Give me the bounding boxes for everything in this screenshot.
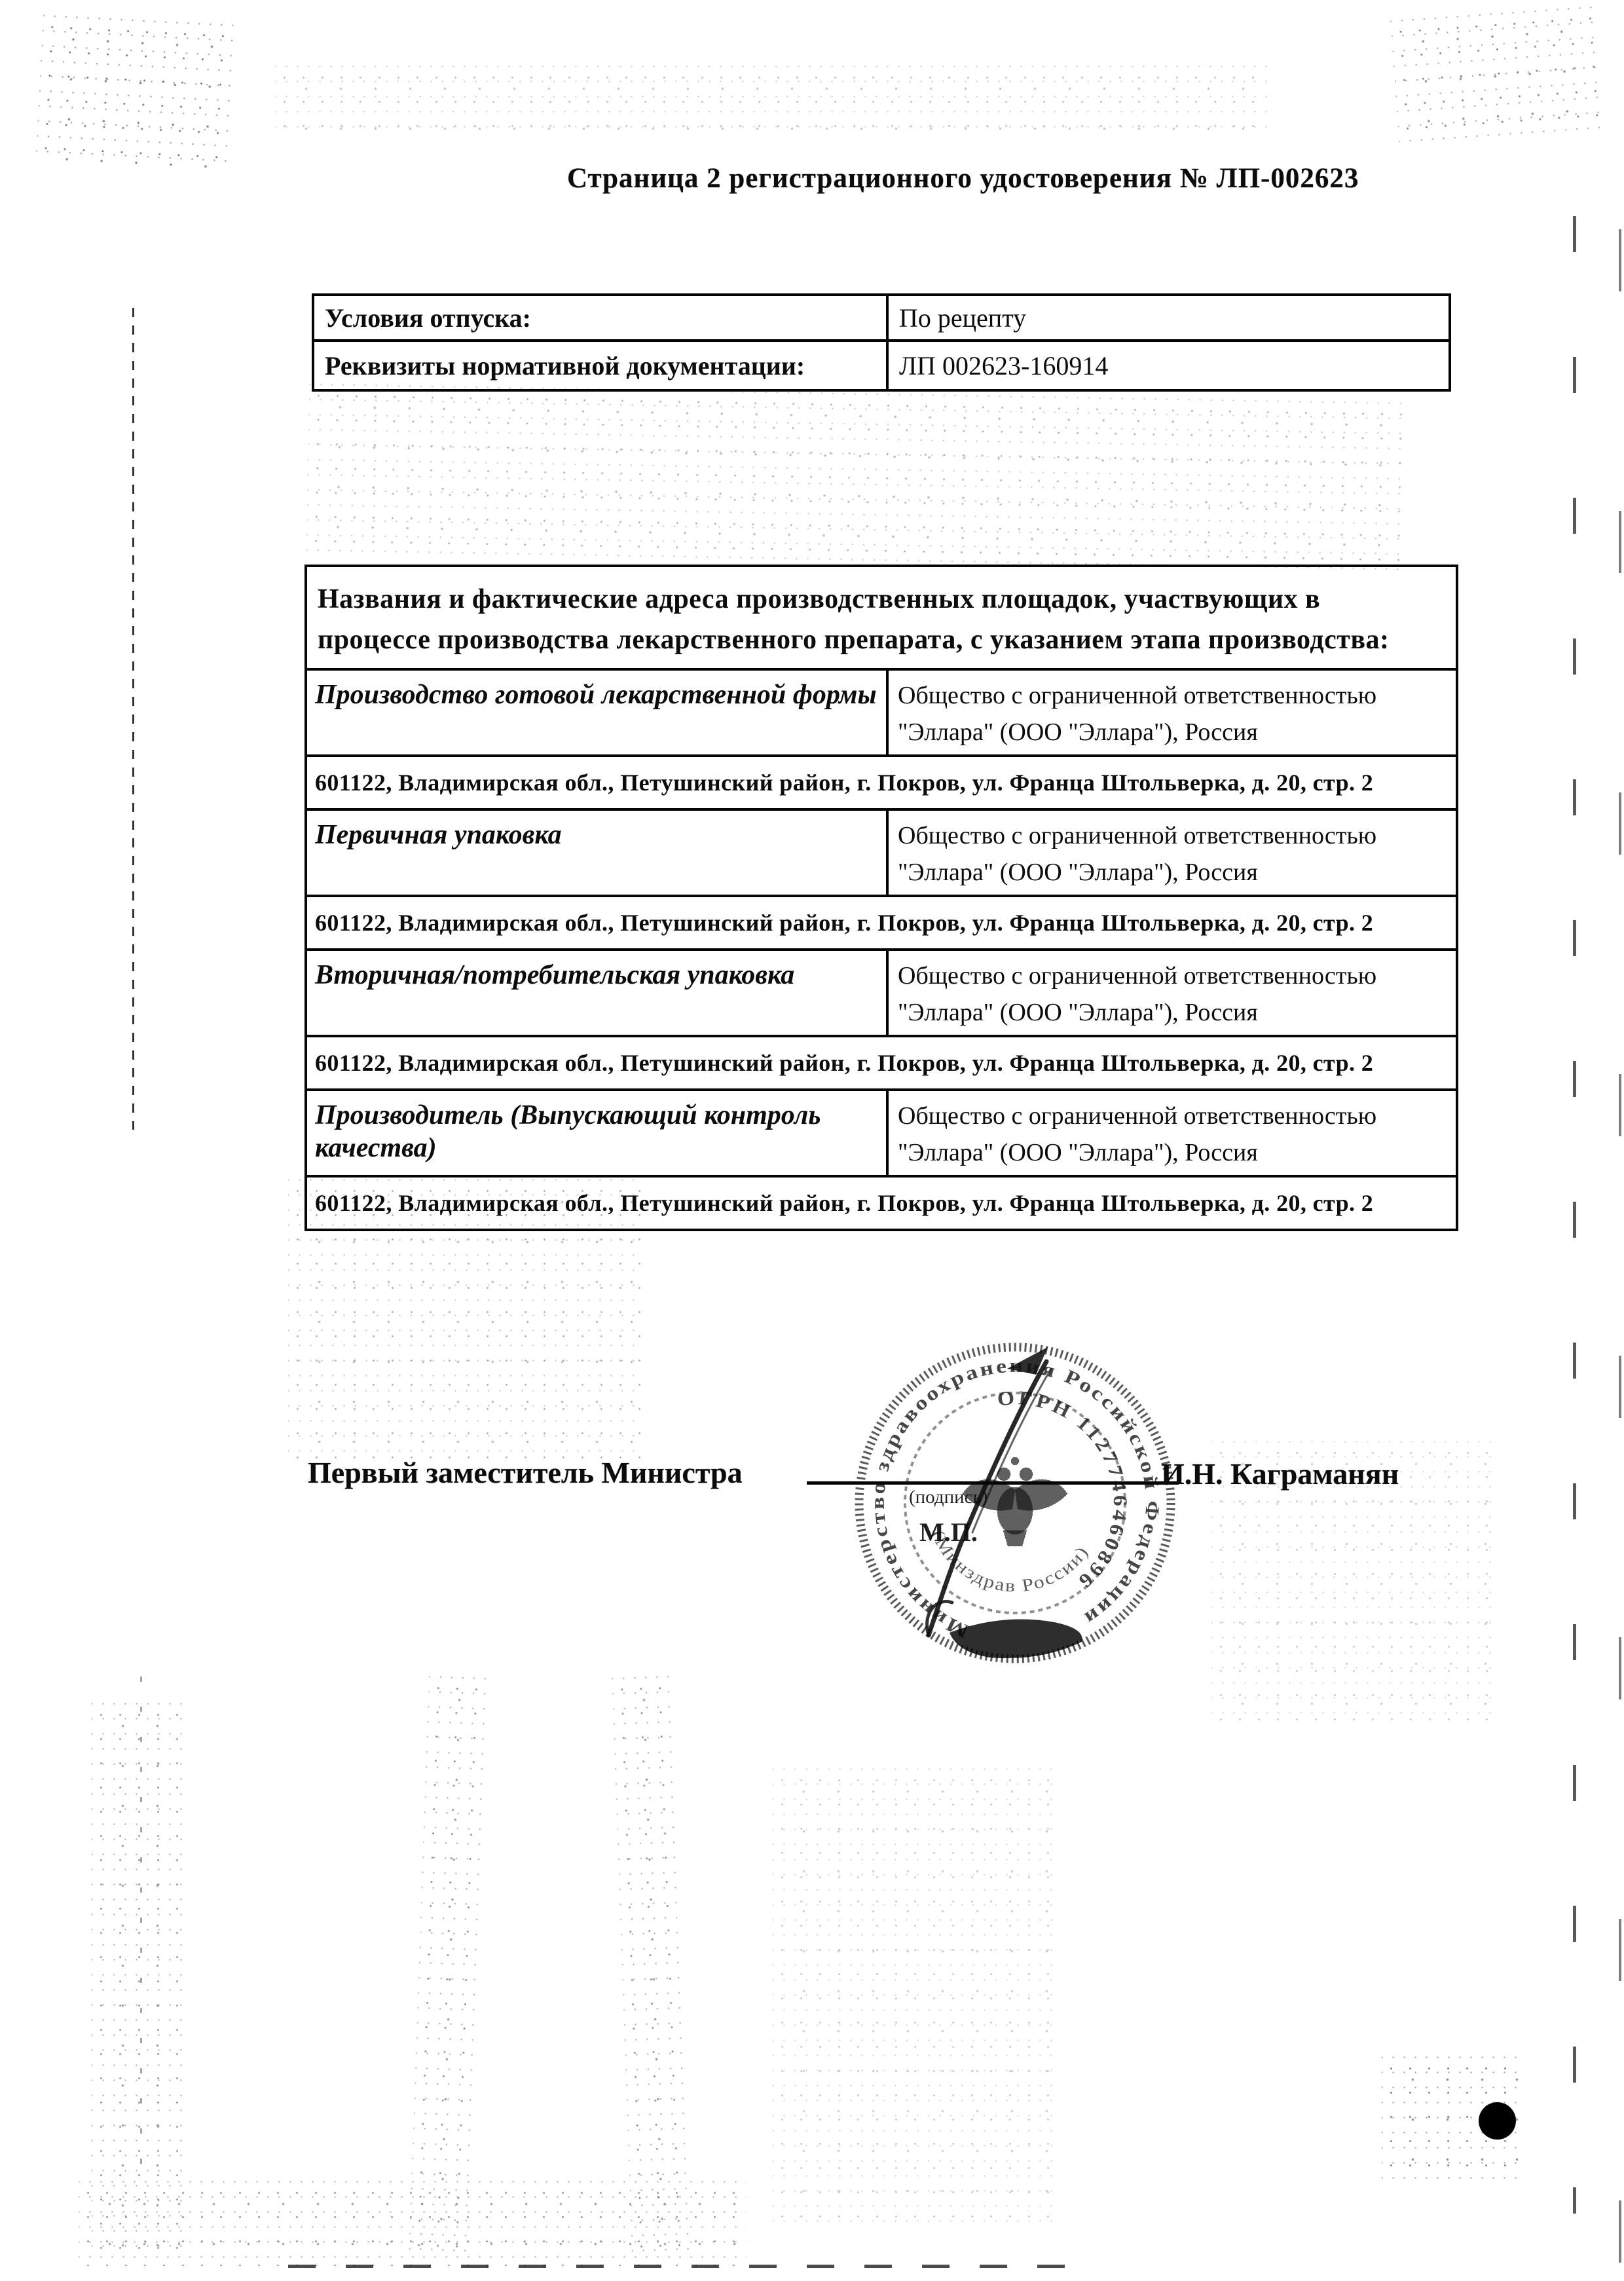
table-row: Вторичная/потребительская упаковка Общес…	[306, 950, 1457, 1036]
company-line: "Эллара" (ООО "Эллара"), Россия	[898, 714, 1450, 751]
podpis-label: (подпись)	[909, 1487, 987, 1508]
production-sites-table: Названия и фактические адреса производст…	[304, 565, 1458, 1231]
scan-noise	[306, 383, 1409, 576]
scanned-document: { "page": { "header": "Страница 2 регист…	[0, 0, 1624, 2281]
company-line: Общество с ограниченной ответственностью	[898, 677, 1450, 714]
company-line: "Эллара" (ООО "Эллара"), Россия	[898, 994, 1450, 1031]
table-header-row: Названия и фактические адреса производст…	[306, 566, 1457, 669]
address-cell: 601122, Владимирская обл., Петушинский р…	[306, 1176, 1457, 1230]
stage-cell: Производство готовой лекарственной формы	[306, 669, 887, 756]
company-line: Общество с ограниченной ответственностью	[898, 957, 1450, 994]
scan-scratch-line	[1619, 229, 1621, 2266]
table-row: Первичная упаковка Общество с ограниченн…	[306, 809, 1457, 896]
address-cell: 601122, Владимирская обл., Петушинский р…	[306, 1036, 1457, 1090]
company-line: Общество с ограниченной ответственностью	[898, 817, 1450, 854]
stage-cell: Вторичная/потребительская упаковка	[306, 950, 887, 1036]
production-table-header: Названия и фактические адреса производст…	[306, 566, 1457, 669]
table-row: 601122, Владимирская обл., Петушинский р…	[306, 756, 1457, 809]
table-row: Производство готовой лекарственной формы…	[306, 669, 1457, 756]
scan-scratch-line	[140, 1677, 142, 2174]
scan-noise	[409, 1676, 489, 2254]
scan-noise	[1390, 6, 1602, 151]
dispensing-table: Условия отпуска: По рецепту Реквизиты но…	[312, 293, 1451, 392]
scan-scratch-line	[288, 2265, 1067, 2268]
signatory-name: И.Н. Каграманян	[1161, 1456, 1399, 1491]
scan-noise	[79, 2181, 747, 2266]
page-title: Страница 2 регистрационного удостоверени…	[567, 162, 1359, 195]
scan-scratch-line	[132, 308, 134, 1130]
signatory-title: Первый заместитель Министра	[308, 1455, 743, 1490]
table-row: 601122, Владимирская обл., Петушинский р…	[306, 896, 1457, 950]
seal-place-label: М.П.	[919, 1517, 978, 1548]
stage-cell: Первичная упаковка	[306, 809, 887, 896]
company-line: Общество с ограниченной ответственностью	[898, 1098, 1450, 1134]
company-cell: Общество с ограниченной ответственностью…	[887, 809, 1457, 896]
table-row: 601122, Владимирская обл., Петушинский р…	[306, 1036, 1457, 1090]
header-line: Названия и фактические адреса производст…	[318, 579, 1448, 620]
dispensing-conditions-label: Условия отпуска:	[313, 295, 887, 341]
stage-cell: Производитель (Выпускающий контроль каче…	[306, 1090, 887, 1176]
normative-docs-label: Реквизиты нормативной документации:	[313, 341, 887, 390]
signature-line	[807, 1481, 1179, 1485]
scan-noise	[275, 65, 1270, 138]
scan-scratch-line	[1573, 216, 1576, 2214]
address-cell: 601122, Владимирская обл., Петушинский р…	[306, 756, 1457, 809]
scan-noise	[35, 14, 240, 175]
table-row: Производитель (Выпускающий контроль каче…	[306, 1090, 1457, 1176]
scan-noise	[92, 1703, 190, 2253]
company-line: "Эллара" (ООО "Эллара"), Россия	[898, 854, 1450, 891]
table-row: Условия отпуска: По рецепту	[313, 295, 1450, 341]
dispensing-conditions-value: По рецепту	[887, 295, 1450, 341]
table-row: 601122, Владимирская обл., Петушинский р…	[306, 1176, 1457, 1230]
ministry-stamp: Министерство здравоохранения Российской …	[851, 1339, 1179, 1667]
ink-dot-mark	[1479, 2102, 1516, 2140]
address-cell: 601122, Владимирская обл., Петушинский р…	[306, 896, 1457, 950]
normative-docs-value: ЛП 002623-160914	[887, 341, 1450, 390]
header-line: процессе производства лекарственного пре…	[318, 620, 1448, 660]
company-line: "Эллара" (ООО "Эллара"), Россия	[898, 1134, 1450, 1171]
company-cell: Общество с ограниченной ответственностью…	[887, 669, 1457, 756]
scan-noise	[612, 1676, 692, 2254]
table-row: Реквизиты нормативной документации: ЛП 0…	[313, 341, 1450, 390]
company-cell: Общество с ограниченной ответственностью…	[887, 950, 1457, 1036]
scan-noise	[773, 1768, 1054, 2227]
company-cell: Общество с ограниченной ответственностью…	[887, 1090, 1457, 1176]
